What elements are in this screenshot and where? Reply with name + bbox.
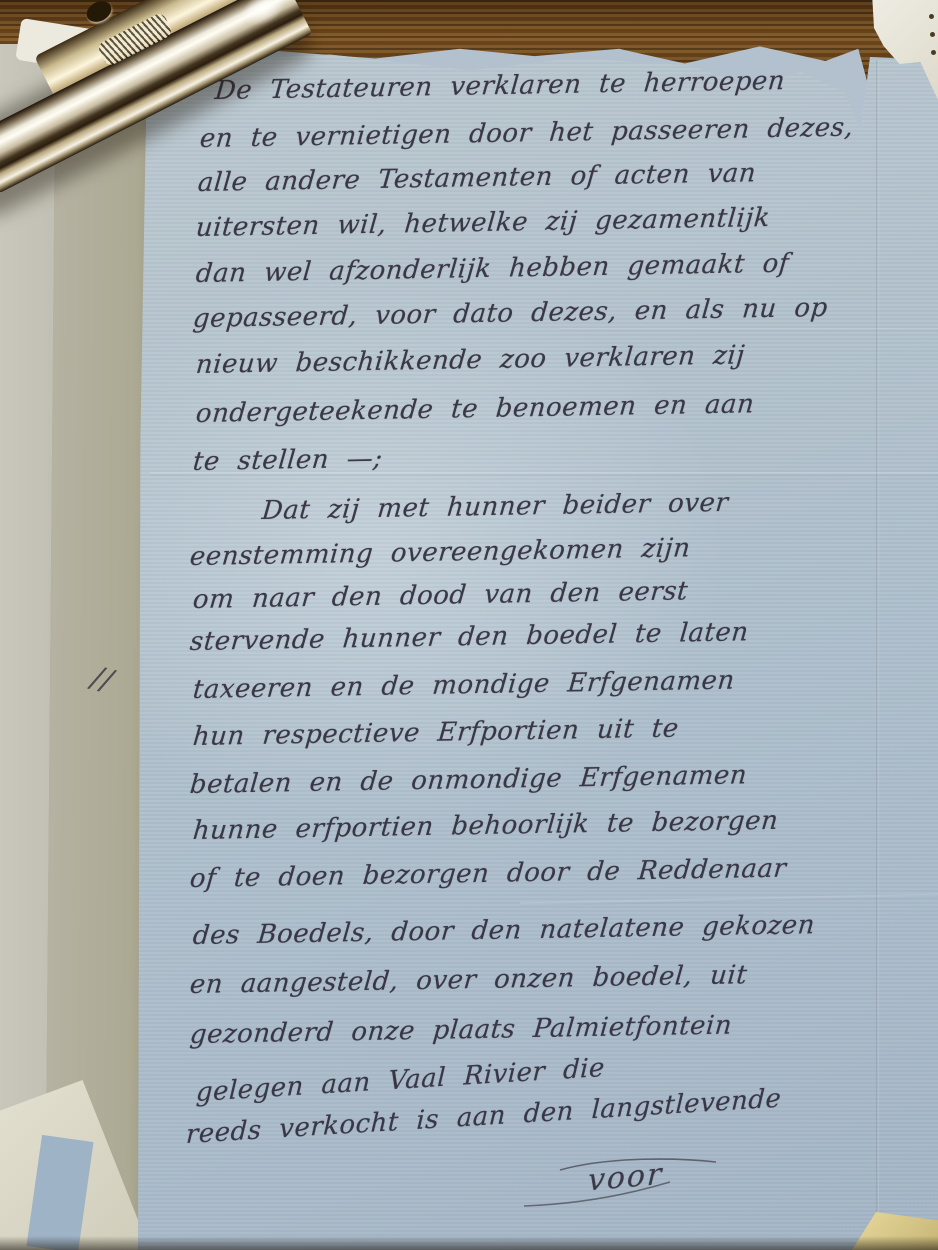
bottom-shadow (0, 1236, 938, 1250)
perforation-dot (929, 14, 934, 19)
perforation-dot (930, 32, 935, 37)
catchword: voor (587, 1157, 664, 1199)
photographed-manuscript-scene: De Testateuren verklaren te herroepen en… (0, 0, 938, 1250)
text-line: Dat zij met hunner beider over (261, 490, 730, 524)
perforation-dot (931, 50, 936, 55)
text-line: te stellen —; (192, 446, 384, 475)
vertical-fold-line (876, 60, 879, 1250)
horizontal-crease (560, 328, 938, 331)
